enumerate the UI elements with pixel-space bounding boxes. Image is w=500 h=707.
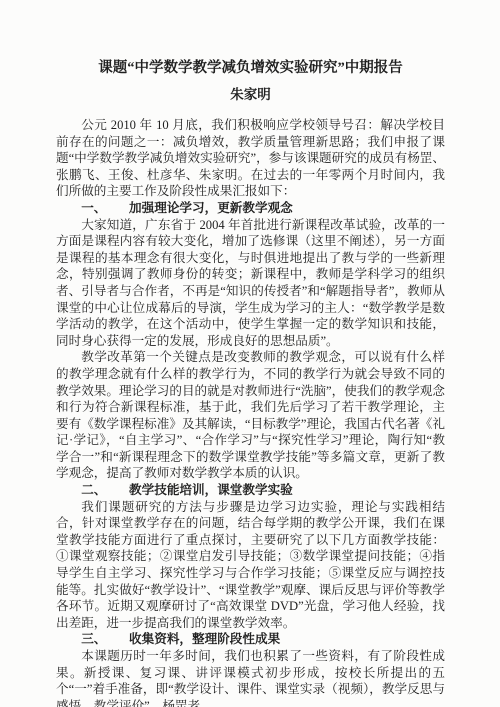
section-2-paragraph-1: 我们课题研究的方法与步骤是边学习边实验，理论与实践相结合，针对课堂教学存在的问题…: [56, 499, 445, 632]
section-2-number: 二、: [81, 483, 106, 497]
section-3-heading: 三、收集资料，整理阶段性成果: [56, 631, 445, 648]
page-number: 1: [420, 651, 425, 665]
section-1-heading: 一、加强理论学习，更新教学观念: [56, 200, 445, 217]
section-2-title: 教学技能培训，课堂教学实验: [129, 483, 293, 497]
document-title: 课题“中学数学教学减负增效实验研究”中期报告: [56, 59, 445, 78]
document-author: 朱家明: [56, 86, 445, 104]
section-3-number: 三、: [81, 632, 106, 646]
section-1-paragraph-2: 教学改革第一个关键点是改变教师的教学观念，可以说有什么样的教学理念就有什么样的教…: [56, 349, 445, 482]
document-page: 课题“中学数学教学减负增效实验研究”中期报告 朱家明 公元 2010 年 10 …: [0, 0, 500, 707]
intro-paragraph: 公元 2010 年 10 月底，我们积极响应学校领导号召：解决学校目前存在的问题…: [56, 117, 445, 200]
section-1-number: 一、: [81, 201, 106, 215]
section-2-heading: 二、教学技能培训，课堂教学实验: [56, 482, 445, 499]
section-3-title: 收集资料，整理阶段性成果: [129, 632, 280, 646]
document-body: 公元 2010 年 10 月底，我们积极响应学校领导号召：解决学校目前存在的问题…: [56, 117, 445, 707]
section-1-title: 加强理论学习，更新教学观念: [129, 201, 293, 215]
section-3-paragraph-1: 本课题历时一年多时间，我们也积累了一些资料，有了阶段性成果。新授课、复习课、讲评…: [56, 648, 445, 707]
section-1-paragraph-1: 大家知道，广东省于 2004 年首批进行新课程改革试验，改革的一方面是课程内容有…: [56, 217, 445, 350]
